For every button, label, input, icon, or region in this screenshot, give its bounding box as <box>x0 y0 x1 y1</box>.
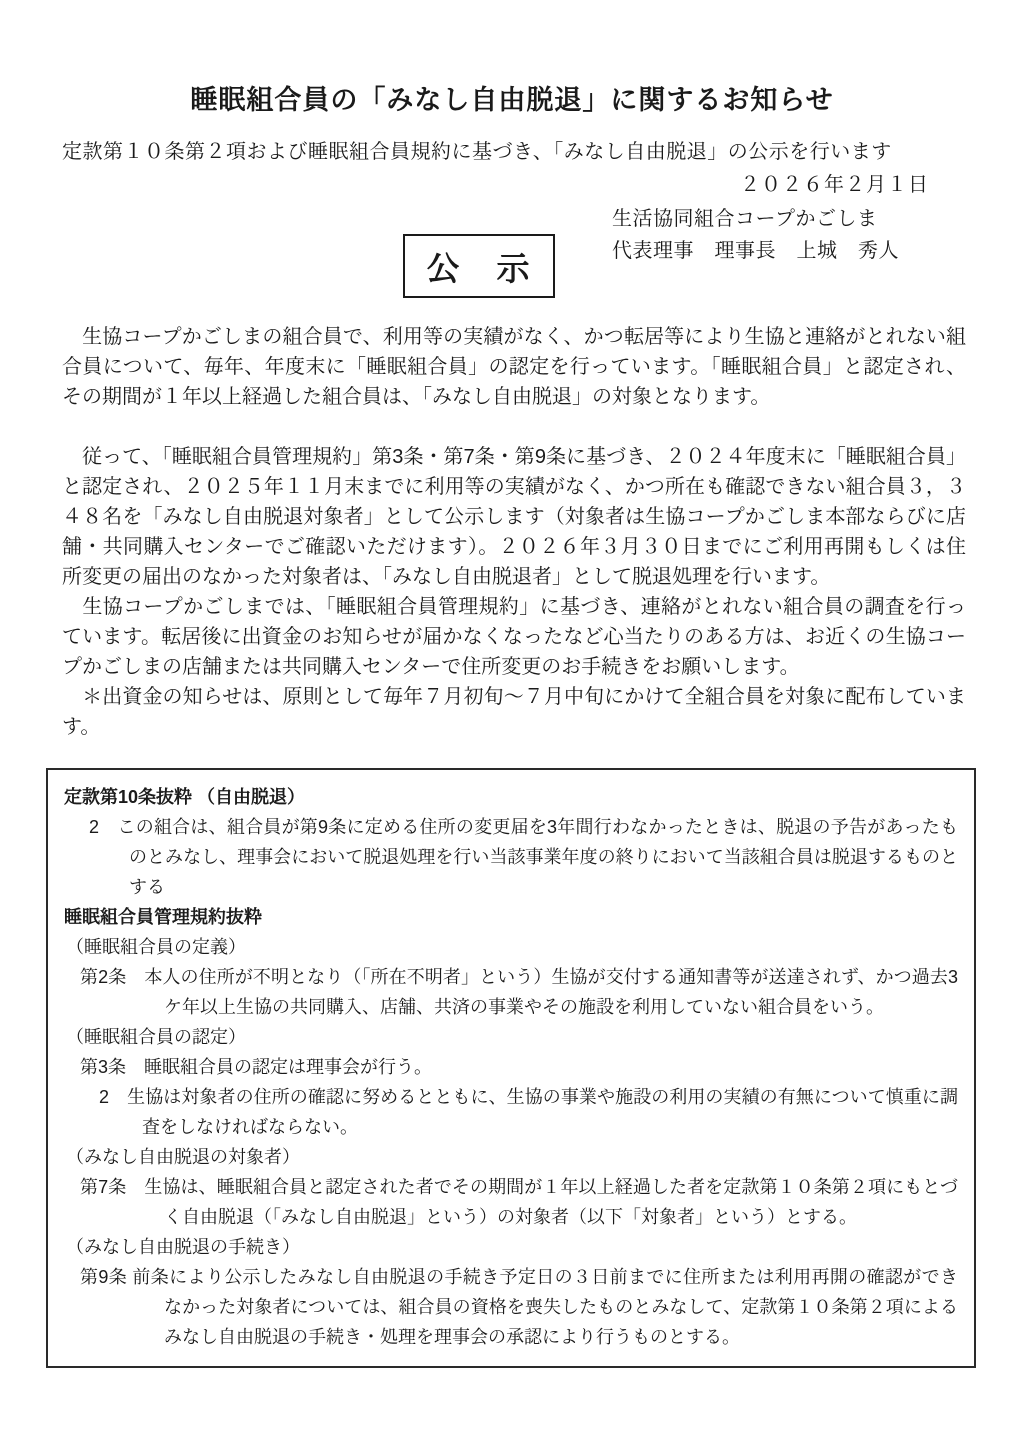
excerpt-subheading-definition: （睡眠組合員の定義） <box>64 932 958 962</box>
excerpt-article-3: 第3条 睡眠組合員の認定は理事会が行う。 <box>64 1052 958 1082</box>
excerpt-article-2: 第2条 本人の住所が不明となり（「所在不明者」という）生協が交付する通知書等が送… <box>64 962 958 1022</box>
public-notice-stamp: 公 示 <box>403 234 555 298</box>
regulation-excerpt-box: 定款第10条抜粋 （自由脱退） 2 この組合は、組合員が第9条に定める住所の変更… <box>46 768 976 1368</box>
notice-document-page: 睡眠組合員の「みなし自由脱退」に関するお知らせ 定款第１０条第２項および睡眠組合… <box>0 0 1024 1448</box>
body-paragraph-1: 生協コープかごしまの組合員で、利用等の実績がなく、かつ転居等により生協と連絡がと… <box>62 322 966 412</box>
excerpt-subheading-nintei: （睡眠組合員の認定） <box>64 1022 958 1052</box>
excerpt-heading-rules: 睡眠組合員管理規約抜粋 <box>64 902 958 932</box>
excerpt-subheading-taishosha: （みなし自由脱退の対象者） <box>64 1142 958 1172</box>
body-paragraph-2: 従って、「睡眠組合員管理規約」第3条・第7条・第9条に基づき、２０２４年度末に「… <box>62 442 966 592</box>
excerpt-clause-article10-2: 2 この組合は、組合員が第9条に定める住所の変更届を3年間行わなかったときは、脱… <box>64 812 958 902</box>
representative-name: 代表理事 理事長 上城 秀人 <box>612 234 899 263</box>
intro-line: 定款第１０条第２項および睡眠組合員規約に基づき、「みなし自由脱退」の公示を行いま… <box>62 135 964 164</box>
document-header: ２０２６年２月１日 生活協同組合コープかごしま 代表理事 理事長 上城 秀人 公… <box>0 164 1024 322</box>
excerpt-article-7: 第7条 生協は、睡眠組合員と認定された者でその期間が１年以上経過した者を定款第１… <box>64 1172 958 1232</box>
issue-date: ２０２６年２月１日 <box>740 168 929 197</box>
excerpt-heading-articles: 定款第10条抜粋 （自由脱退） <box>64 782 958 812</box>
body-paragraph-4: ＊出資金の知らせは、原則として毎年７月初旬～７月中旬にかけて全組合員を対象に配布… <box>62 682 966 742</box>
body-text: 生協コープかごしまの組合員で、利用等の実績がなく、かつ転居等により生協と連絡がと… <box>62 322 966 742</box>
excerpt-article-9: 第9条 前条により公示したみなし自由脱退の手続き予定日の３日前までに住所または利… <box>64 1262 958 1352</box>
excerpt-subheading-tetsuzuki: （みなし自由脱退の手続き） <box>64 1232 958 1262</box>
page-title: 睡眠組合員の「みなし自由脱退」に関するお知らせ <box>0 78 1024 117</box>
organization-name: 生活協同組合コープかごしま <box>612 202 878 231</box>
excerpt-clause-article3-2: 2 生協は対象者の住所の確認に努めるとともに、生協の事業や施設の利用の実績の有無… <box>64 1082 958 1142</box>
body-paragraph-3: 生協コープかごしまでは、「睡眠組合員管理規約」に基づき、連絡がとれない組合員の調… <box>62 592 966 682</box>
